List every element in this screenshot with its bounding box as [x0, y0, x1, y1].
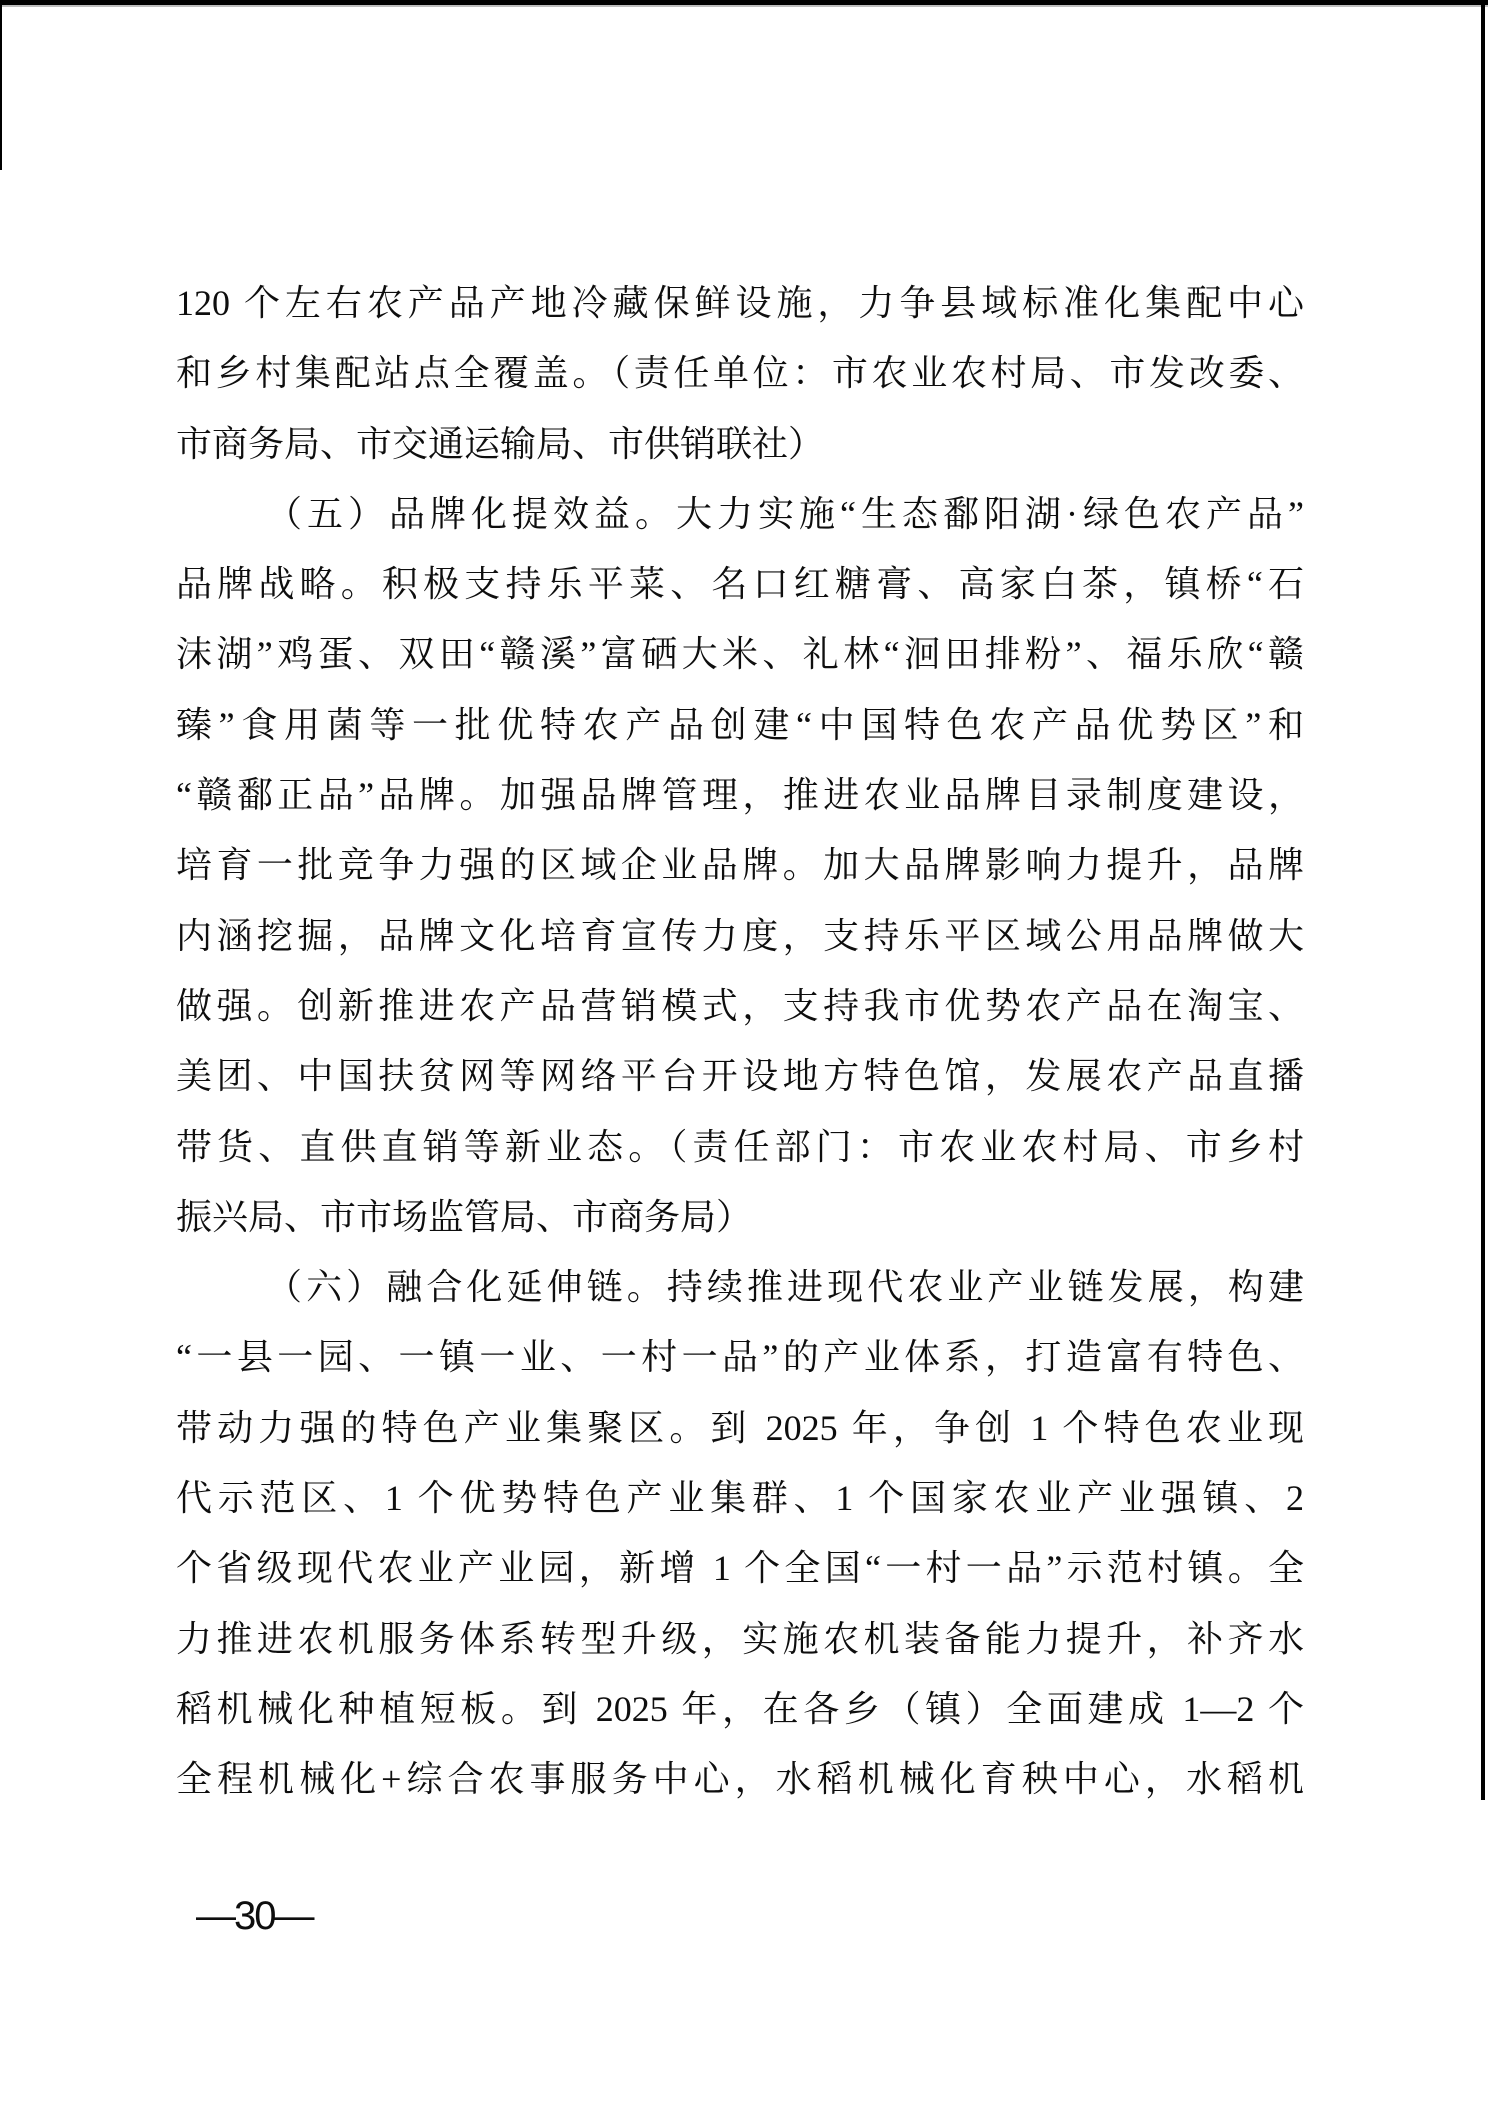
text-line: 臻”食用菌等一批优特农产品创建“中国特色农产品优势区”和	[176, 690, 1304, 760]
text-line: “一县一园、一镇一业、一村一品”的产业体系，打造富有特色、	[176, 1322, 1304, 1392]
text-line: 做强。创新推进农产品营销模式，支持我市优势农产品在淘宝、	[176, 971, 1304, 1041]
text-line: 120 个左右农产品产地冷藏保鲜设施，力争县域标准化集配中心	[176, 268, 1304, 338]
scan-edge-top-shadow	[0, 5, 1488, 7]
text-line: 力推进农机服务体系转型升级，实施农机装备能力提升，补齐水	[176, 1604, 1304, 1674]
text-line: 带动力强的特色产业集聚区。到 2025 年，争创 1 个特色农业现	[176, 1393, 1304, 1463]
text-line: 全程机械化+综合农事服务中心，水稻机械化育秧中心，水稻机	[176, 1744, 1304, 1814]
document-page: 120 个左右农产品产地冷藏保鲜设施，力争县域标准化集配中心和乡村集配站点全覆盖…	[0, 0, 1488, 2104]
text-line: 带货、直供直销等新业态。（责任部门：市农业农村局、市乡村	[176, 1112, 1304, 1182]
text-line: 美团、中国扶贫网等网络平台开设地方特色馆，发展农产品直播	[176, 1041, 1304, 1111]
text-line: 振兴局、市市场监管局、市商务局）	[176, 1182, 1304, 1252]
text-line: 培育一批竞争力强的区域企业品牌。加大品牌影响力提升，品牌	[176, 830, 1304, 900]
page-number: —30—	[196, 1894, 313, 1939]
text-line: 个省级现代农业产业园，新增 1 个全国“一村一品”示范村镇。全	[176, 1533, 1304, 1603]
text-line: “赣鄱正品”品牌。加强品牌管理，推进农业品牌目录制度建设，	[176, 760, 1304, 830]
text-line: 代示范区、1 个优势特色产业集群、1 个国家农业产业强镇、2	[176, 1463, 1304, 1533]
text-line: 内涵挖掘，品牌文化培育宣传力度，支持乐平区域公用品牌做大	[176, 901, 1304, 971]
text-line: 和乡村集配站点全覆盖。（责任单位：市农业农村局、市发改委、	[176, 338, 1304, 408]
text-line: （六）融合化延伸链。持续推进现代农业产业链发展，构建	[176, 1252, 1304, 1322]
document-body: 120 个左右农产品产地冷藏保鲜设施，力争县域标准化集配中心和乡村集配站点全覆盖…	[176, 268, 1304, 1815]
text-line: 沫湖”鸡蛋、双田“赣溪”富硒大米、礼林“洄田排粉”、福乐欣“赣	[176, 619, 1304, 689]
text-line: 稻机械化种植短板。到 2025 年，在各乡（镇）全面建成 1—2 个	[176, 1674, 1304, 1744]
scan-edge-right	[1481, 0, 1485, 1800]
scan-edge-left	[0, 0, 2, 170]
text-line: 品牌战略。积极支持乐平菜、名口红糖膏、高家白茶，镇桥“石	[176, 549, 1304, 619]
text-line: （五）品牌化提效益。大力实施“生态鄱阳湖·绿色农产品”	[176, 479, 1304, 549]
text-line: 市商务局、市交通运输局、市供销联社）	[176, 409, 1304, 479]
